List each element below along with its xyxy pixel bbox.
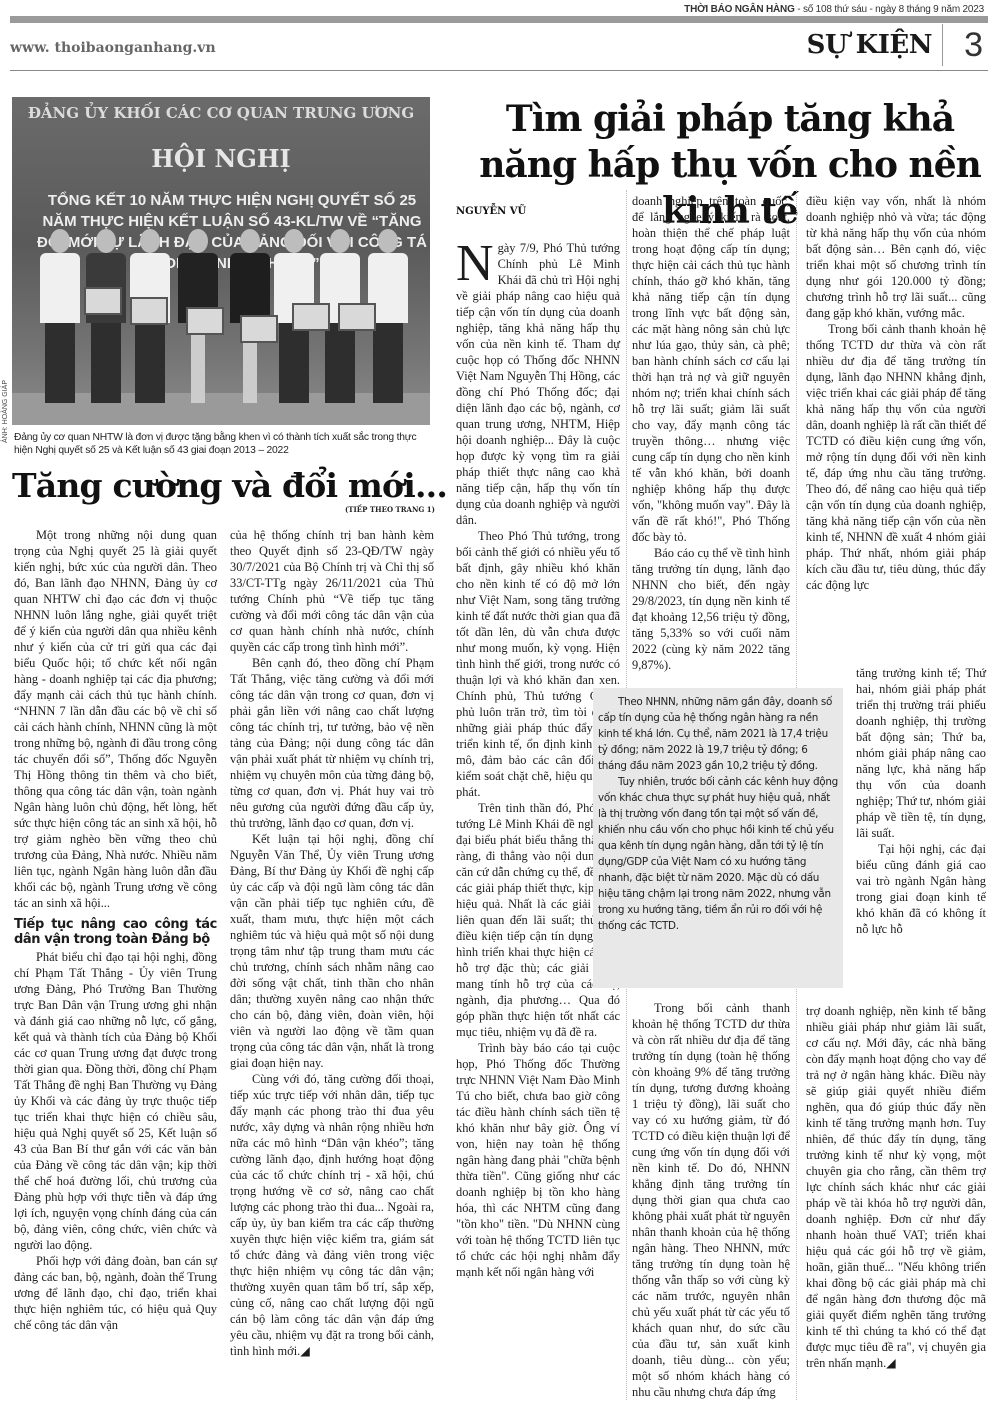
paragraph: Báo cáo cụ thể về tình hình tăng trưởng … [632, 545, 790, 673]
boxout-paragraph: Theo NHNN, những năm gần đây, doanh số c… [598, 694, 838, 774]
paragraph: Tại hội nghị, các đại biểu cũng đánh giá… [856, 841, 986, 937]
paragraph: Một trong những nội dung quan trọng của … [14, 527, 217, 911]
event-photo: ĐẢNG ỦY KHỐI CÁC CƠ QUAN TRUNG ƯƠNG HỘI … [12, 97, 430, 425]
article-right-column-3-narrow: tăng trưởng kinh tế; Thứ hai, nhóm giải … [856, 665, 986, 937]
paragraph: trợ doanh nghiệp, nền kinh tế bằng nhiều… [806, 1003, 986, 1371]
paragraph: Phát biểu chỉ đạo tại hội nghị, đồng chí… [14, 949, 217, 1253]
paragraph: Trong bối cảnh thanh khoản hệ thống TCTD… [806, 321, 986, 593]
paragraph: Trình bày báo cáo tại cuộc họp, Phó Thốn… [456, 1040, 620, 1280]
paragraph: Ngày 7/9, Phó Thủ tướng Chính phủ Lê Min… [456, 240, 620, 528]
certificate [84, 287, 122, 315]
article-left-column-1: Một trong những nội dung quan trọng của … [14, 527, 217, 1333]
banner-title: HỘI NGHỊ [12, 144, 430, 173]
header-rule [10, 70, 988, 71]
paragraph: Cùng với đó, tăng cường đối thoại, tiếp … [230, 1071, 434, 1359]
banner-line-1: ĐẢNG ỦY KHỐI CÁC CƠ QUAN TRUNG ƯƠNG [12, 104, 430, 122]
photo-caption: Đảng ủy cơ quan NHTW là đơn vị được tặng… [14, 431, 434, 457]
article-right-column-2b: Trong bối cảnh thanh khoản hệ thống TCTD… [632, 1000, 790, 1400]
person-figure [86, 229, 126, 403]
header-band [10, 16, 988, 23]
paragraph: Kết luận tại hội nghị, đồng chí Nguyễn V… [230, 831, 434, 1071]
section-divider [942, 24, 943, 66]
article-right-column-2: doanh nghiệp trên toàn quốc, để lắng ngh… [632, 193, 790, 673]
certificate [186, 307, 224, 335]
section-title: SỰ KIỆN [807, 30, 932, 60]
drop-cap: N [456, 242, 494, 286]
certificate [240, 315, 278, 343]
paragraph: Bên cạnh đó, theo đồng chí Phạm Tất Thắn… [230, 655, 434, 831]
page-number: 3 [964, 26, 983, 65]
paragraph: tăng trưởng kinh tế; Thứ hai, nhóm giải … [856, 665, 986, 841]
boxout-text: Theo NHNN, những năm gần đây, doanh số c… [598, 694, 838, 934]
paragraph: của hệ thống chính trị ban hành kèm theo… [230, 527, 434, 655]
article-left-column-2: của hệ thống chính trị ban hành kèm theo… [230, 527, 434, 1359]
paragraph: điều kiện vay vốn, nhất là nhóm doanh ng… [806, 193, 986, 321]
masthead-issue-line: THỜI BÁO NGÂN HÀNG - số 108 thứ sáu - ng… [684, 4, 984, 15]
article-left-headline[interactable]: Tăng cường và đổi mới... [12, 466, 447, 505]
paragraph: doanh nghiệp trên toàn quốc, để lắng ngh… [632, 193, 790, 545]
photo-credit: ẢNH: HOÀNG GIÁP [2, 380, 9, 443]
paper-name: THỜI BÁO NGÂN HÀNG [684, 4, 794, 15]
banner-line-3: TỔNG KẾT 10 NĂM THỰC HIỆN NGHỊ QUYẾT SỐ … [12, 190, 430, 211]
paragraph: Trong bối cảnh thanh khoản hệ thống TCTD… [632, 1000, 790, 1400]
boxout-paragraph: Tuy nhiên, trước bối cảnh các kênh huy đ… [598, 774, 838, 934]
subheading: Tiếp tục nâng cao công tác dân vận trong… [14, 917, 217, 947]
article-right-column-3b: trợ doanh nghiệp, nền kinh tế bằng nhiều… [806, 1003, 986, 1371]
article-right-column-3: điều kiện vay vốn, nhất là nhóm doanh ng… [806, 193, 986, 593]
author-byline: NGUYỄN VŨ [456, 206, 526, 217]
certificate [292, 303, 330, 331]
website-link[interactable]: www. thoibaonganhang.vn [10, 40, 216, 56]
paragraph: Phối hợp với đảng đoàn, ban cán sự đảng … [14, 1253, 217, 1333]
certificate [130, 297, 168, 325]
certificate [338, 303, 376, 331]
issue-info: - số 108 thứ sáu - ngày 8 tháng 9 năm 20… [795, 4, 984, 15]
person-figure [40, 229, 80, 403]
continued-from-label: (TIẾP THEO TRANG 1) [345, 505, 435, 514]
